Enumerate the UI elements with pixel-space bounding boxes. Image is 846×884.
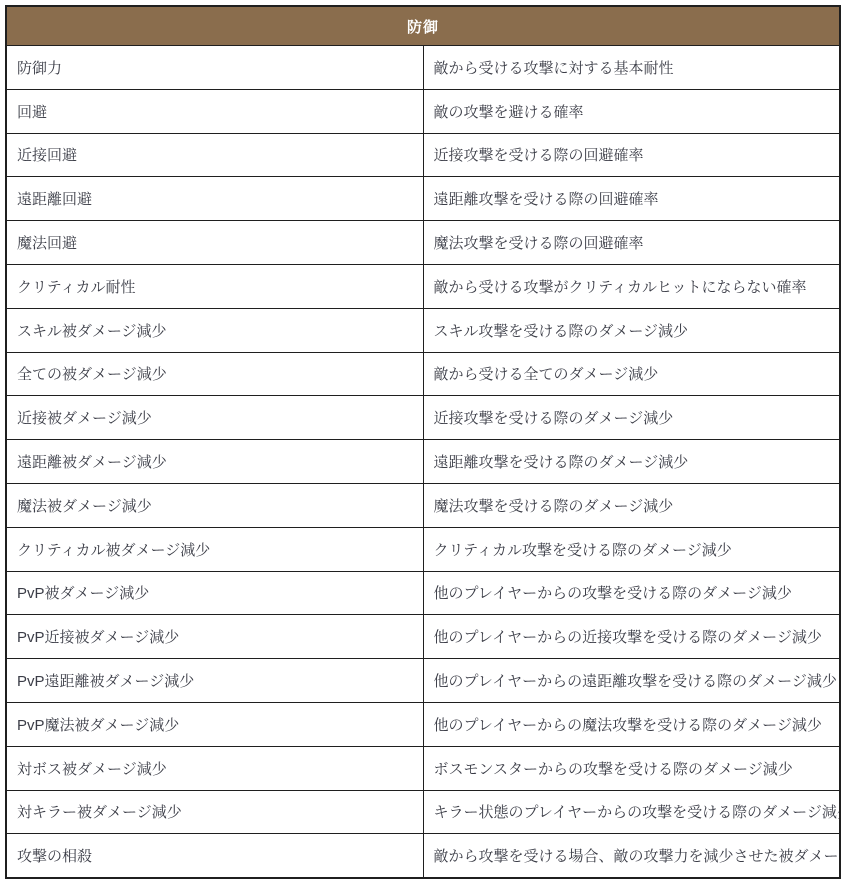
stat-name-cell: 遠距離被ダメージ減少 [6, 440, 423, 484]
defense-stats-table: 防御 防御力 敵から受ける攻撃に対する基本耐性 回避 敵の攻撃を避ける確率 近接… [5, 5, 841, 879]
table-row: クリティカル被ダメージ減少 クリティカル攻撃を受ける際のダメージ減少 [6, 527, 840, 571]
stat-desc-cell: 遠距離攻撃を受ける際のダメージ減少 [423, 440, 840, 484]
stat-name-cell: 回避 [6, 89, 423, 133]
stat-desc-cell: 近接攻撃を受ける際のダメージ減少 [423, 396, 840, 440]
stat-name-cell: クリティカル被ダメージ減少 [6, 527, 423, 571]
stat-desc-cell: 他のプレイヤーからの魔法攻撃を受ける際のダメージ減少 [423, 702, 840, 746]
table-row: PvP遠距離被ダメージ減少 他のプレイヤーからの遠距離攻撃を受ける際のダメージ減… [6, 659, 840, 703]
stat-desc-cell: スキル攻撃を受ける際のダメージ減少 [423, 308, 840, 352]
stat-desc-cell: 敵から受ける攻撃に対する基本耐性 [423, 46, 840, 90]
table-row: 遠距離被ダメージ減少 遠距離攻撃を受ける際のダメージ減少 [6, 440, 840, 484]
stat-desc-cell: 他のプレイヤーからの遠距離攻撃を受ける際のダメージ減少 [423, 659, 840, 703]
table-row: 全ての被ダメージ減少 敵から受ける全てのダメージ減少 [6, 352, 840, 396]
stat-desc-cell: クリティカル攻撃を受ける際のダメージ減少 [423, 527, 840, 571]
stat-desc-cell: 近接攻撃を受ける際の回避確率 [423, 133, 840, 177]
stat-desc-cell: 敵の攻撃を避ける確率 [423, 89, 840, 133]
table-body: 防御力 敵から受ける攻撃に対する基本耐性 回避 敵の攻撃を避ける確率 近接回避 … [6, 46, 840, 879]
table-row: 魔法回避 魔法攻撃を受ける際の回避確率 [6, 221, 840, 265]
stat-name-cell: PvP被ダメージ減少 [6, 571, 423, 615]
table-row: 魔法被ダメージ減少 魔法攻撃を受ける際のダメージ減少 [6, 483, 840, 527]
stat-name-cell: 遠距離回避 [6, 177, 423, 221]
table-row: PvP近接被ダメージ減少 他のプレイヤーからの近接攻撃を受ける際のダメージ減少 [6, 615, 840, 659]
stat-name-cell: 攻撃の相殺 [6, 834, 423, 878]
stat-desc-cell: 敵から受ける攻撃がクリティカルヒットにならない確率 [423, 264, 840, 308]
stat-name-cell: 対ボス被ダメージ減少 [6, 746, 423, 790]
table-row: 近接被ダメージ減少 近接攻撃を受ける際のダメージ減少 [6, 396, 840, 440]
table-row: PvP魔法被ダメージ減少 他のプレイヤーからの魔法攻撃を受ける際のダメージ減少 [6, 702, 840, 746]
stat-name-cell: 魔法被ダメージ減少 [6, 483, 423, 527]
table-row: 回避 敵の攻撃を避ける確率 [6, 89, 840, 133]
stat-desc-cell: 遠距離攻撃を受ける際の回避確率 [423, 177, 840, 221]
stat-name-cell: PvP遠距離被ダメージ減少 [6, 659, 423, 703]
table-row: スキル被ダメージ減少 スキル攻撃を受ける際のダメージ減少 [6, 308, 840, 352]
table-row: 防御力 敵から受ける攻撃に対する基本耐性 [6, 46, 840, 90]
stat-name-cell: 近接被ダメージ減少 [6, 396, 423, 440]
table-row: 近接回避 近接攻撃を受ける際の回避確率 [6, 133, 840, 177]
header-row: 防御 [6, 6, 840, 46]
stat-name-cell: 対キラー被ダメージ減少 [6, 790, 423, 834]
stat-desc-cell: 魔法攻撃を受ける際のダメージ減少 [423, 483, 840, 527]
stat-name-cell: クリティカル耐性 [6, 264, 423, 308]
table-title: 防御 [6, 6, 840, 46]
stat-name-cell: 防御力 [6, 46, 423, 90]
stat-desc-cell: 他のプレイヤーからの近接攻撃を受ける際のダメージ減少 [423, 615, 840, 659]
table-row: 対ボス被ダメージ減少 ボスモンスターからの攻撃を受ける際のダメージ減少 [6, 746, 840, 790]
stat-desc-cell: 敵から受ける全てのダメージ減少 [423, 352, 840, 396]
stat-desc-cell: ボスモンスターからの攻撃を受ける際のダメージ減少 [423, 746, 840, 790]
table-header: 防御 [6, 6, 840, 46]
page: 防御 防御力 敵から受ける攻撃に対する基本耐性 回避 敵の攻撃を避ける確率 近接… [0, 0, 846, 884]
table-row: クリティカル耐性 敵から受ける攻撃がクリティカルヒットにならない確率 [6, 264, 840, 308]
stat-desc-cell: キラー状態のプレイヤーからの攻撃を受ける際のダメージ減少 [423, 790, 840, 834]
stat-name-cell: 魔法回避 [6, 221, 423, 265]
table-row: 遠距離回避 遠距離攻撃を受ける際の回避確率 [6, 177, 840, 221]
table-row: 攻撃の相殺 敵から攻撃を受ける場合、敵の攻撃力を減少させた被ダメージが適用されま… [6, 834, 840, 878]
stat-name-cell: PvP魔法被ダメージ減少 [6, 702, 423, 746]
table-row: 対キラー被ダメージ減少 キラー状態のプレイヤーからの攻撃を受ける際のダメージ減少 [6, 790, 840, 834]
stat-name-cell: スキル被ダメージ減少 [6, 308, 423, 352]
stat-desc-cell: 魔法攻撃を受ける際の回避確率 [423, 221, 840, 265]
stat-desc-cell: 敵から攻撃を受ける場合、敵の攻撃力を減少させた被ダメージが適用されます。 [423, 834, 840, 878]
stat-name-cell: 近接回避 [6, 133, 423, 177]
table-row: PvP被ダメージ減少 他のプレイヤーからの攻撃を受ける際のダメージ減少 [6, 571, 840, 615]
stat-desc-cell: 他のプレイヤーからの攻撃を受ける際のダメージ減少 [423, 571, 840, 615]
stat-name-cell: PvP近接被ダメージ減少 [6, 615, 423, 659]
stat-name-cell: 全ての被ダメージ減少 [6, 352, 423, 396]
